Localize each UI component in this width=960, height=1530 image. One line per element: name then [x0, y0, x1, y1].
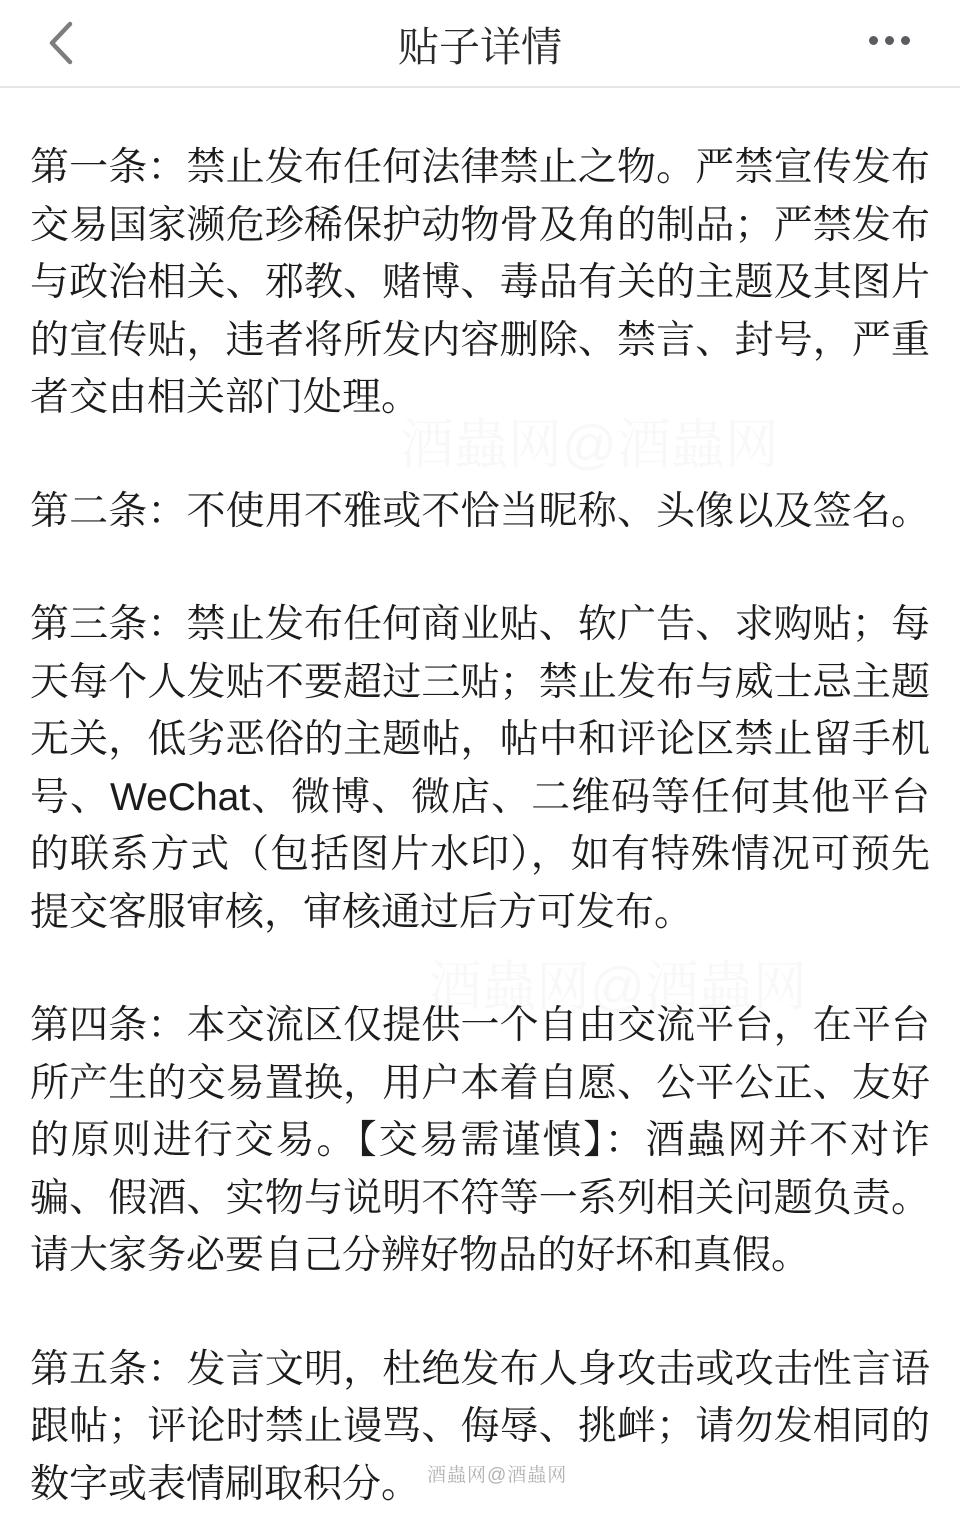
post-line: 号、WeChat、微博、微店、二维码等任何其他平台	[30, 769, 930, 827]
chevron-left-icon	[46, 20, 76, 66]
post-detail-screen: 贴子详情 第一条：禁止发布任何法律禁止之物。严禁宣传发布交易国家濒危珍稀保护动物…	[0, 0, 960, 1513]
post-line: 所产生的交易置换，用户本着自愿、公平公正、友好	[30, 1055, 930, 1113]
post-paragraph: 第一条：禁止发布任何法律禁止之物。严禁宣传发布交易国家濒危珍稀保护动物骨及角的制…	[30, 139, 930, 427]
nav-bar: 贴子详情	[0, 0, 960, 88]
post-line: 第一条：禁止发布任何法律禁止之物。严禁宣传发布	[30, 139, 930, 197]
post-line: 的宣传贴，违者将所发内容删除、禁言、封号，严重	[30, 312, 930, 370]
page-title: 贴子详情	[398, 14, 562, 73]
post-line: 第二条：不使用不雅或不恰当昵称、头像以及签名。	[30, 483, 930, 541]
ellipsis-icon	[885, 36, 894, 45]
post-line: 的联系方式（包括图片水印），如有特殊情况可预先	[30, 826, 930, 884]
post-line: 与政治相关、邪教、赌博、毒品有关的主题及其图片	[30, 254, 930, 312]
post-line: 骗、假酒、实物与说明不符等一系列相关问题负责。	[30, 1170, 930, 1228]
post-paragraph: 第二条：不使用不雅或不恰当昵称、头像以及签名。	[30, 483, 930, 541]
post-line: 天每个人发贴不要超过三贴；禁止发布与威士忌主题	[30, 654, 930, 712]
post-content: 第一条：禁止发布任何法律禁止之物。严禁宣传发布交易国家濒危珍稀保护动物骨及角的制…	[0, 88, 960, 1513]
post-line: 交易国家濒危珍稀保护动物骨及角的制品；严禁发布	[30, 197, 930, 255]
post-line: 第四条：本交流区仅提供一个自由交流平台，在平台	[30, 997, 930, 1055]
more-menu-button[interactable]	[869, 34, 910, 46]
watermark: 酒蟲网@酒蟲网	[427, 1460, 567, 1487]
post-line: 者交由相关部门处理。	[30, 369, 930, 427]
ellipsis-icon	[869, 36, 878, 45]
post-body: 第一条：禁止发布任何法律禁止之物。严禁宣传发布交易国家濒危珍稀保护动物骨及角的制…	[30, 139, 930, 1513]
post-line: 请大家务必要自己分辨好物品的好坏和真假。	[30, 1227, 930, 1285]
post-paragraph: 第三条：禁止发布任何商业贴、软广告、求购贴；每天每个人发贴不要超过三贴；禁止发布…	[30, 596, 930, 941]
post-line: 第五条：发言文明，杜绝发布人身攻击或攻击性言语	[30, 1341, 930, 1399]
post-line: 第三条：禁止发布任何商业贴、软广告、求购贴；每	[30, 596, 930, 654]
post-paragraph: 第四条：本交流区仅提供一个自由交流平台，在平台所产生的交易置换，用户本着自愿、公…	[30, 997, 930, 1285]
post-line: 提交客服审核，审核通过后方可发布。	[30, 884, 930, 942]
ellipsis-icon	[901, 36, 910, 45]
post-line: 的原则进行交易。【交易需谨慎】：酒蟲网并不对诈	[30, 1112, 930, 1170]
post-line: 无关，低劣恶俗的主题帖，帖中和评论区禁止留手机	[30, 711, 930, 769]
post-line: 跟帖；评论时禁止谩骂、侮辱、挑衅；请勿发相同的	[30, 1398, 930, 1456]
post-paragraph: 第五条：发言文明，杜绝发布人身攻击或攻击性言语跟帖；评论时禁止谩骂、侮辱、挑衅；…	[30, 1341, 930, 1514]
back-button[interactable]	[44, 20, 78, 66]
